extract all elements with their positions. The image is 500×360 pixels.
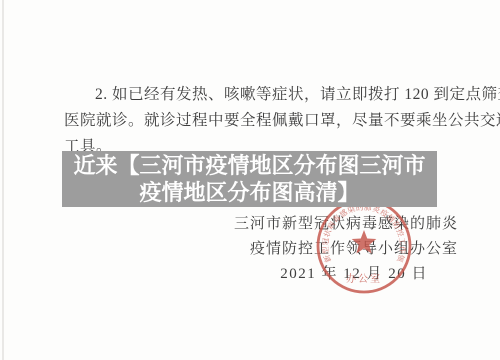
seal-star-icon bbox=[352, 230, 377, 254]
document-page: 2. 如已经有发热、咳嗽等症状，请立即拨打 120 到定点筛查 医院就诊。就诊过… bbox=[0, 0, 500, 360]
banner-title-line: 近来【三河市疫情地区分布图三河市 bbox=[73, 152, 425, 179]
paragraph-line: 医院就诊。就诊过程中要全程佩戴口罩，尽量不要乘坐公共交通 bbox=[64, 108, 460, 134]
banner-title-line: 疫情地区分布图高清】 bbox=[139, 179, 359, 206]
seal-office-text: 办公室 bbox=[346, 272, 382, 285]
page-left-edge bbox=[2, 0, 4, 360]
paragraph-line: 2. 如已经有发热、咳嗽等症状，请立即拨打 120 到定点筛查 bbox=[64, 82, 460, 108]
watermark-title-banner: 近来【三河市疫情地区分布图三河市 疫情地区分布图高清】 bbox=[62, 151, 437, 207]
notice-paragraph: 2. 如已经有发热、咳嗽等症状，请立即拨打 120 到定点筛查 医院就诊。就诊过… bbox=[64, 82, 460, 160]
